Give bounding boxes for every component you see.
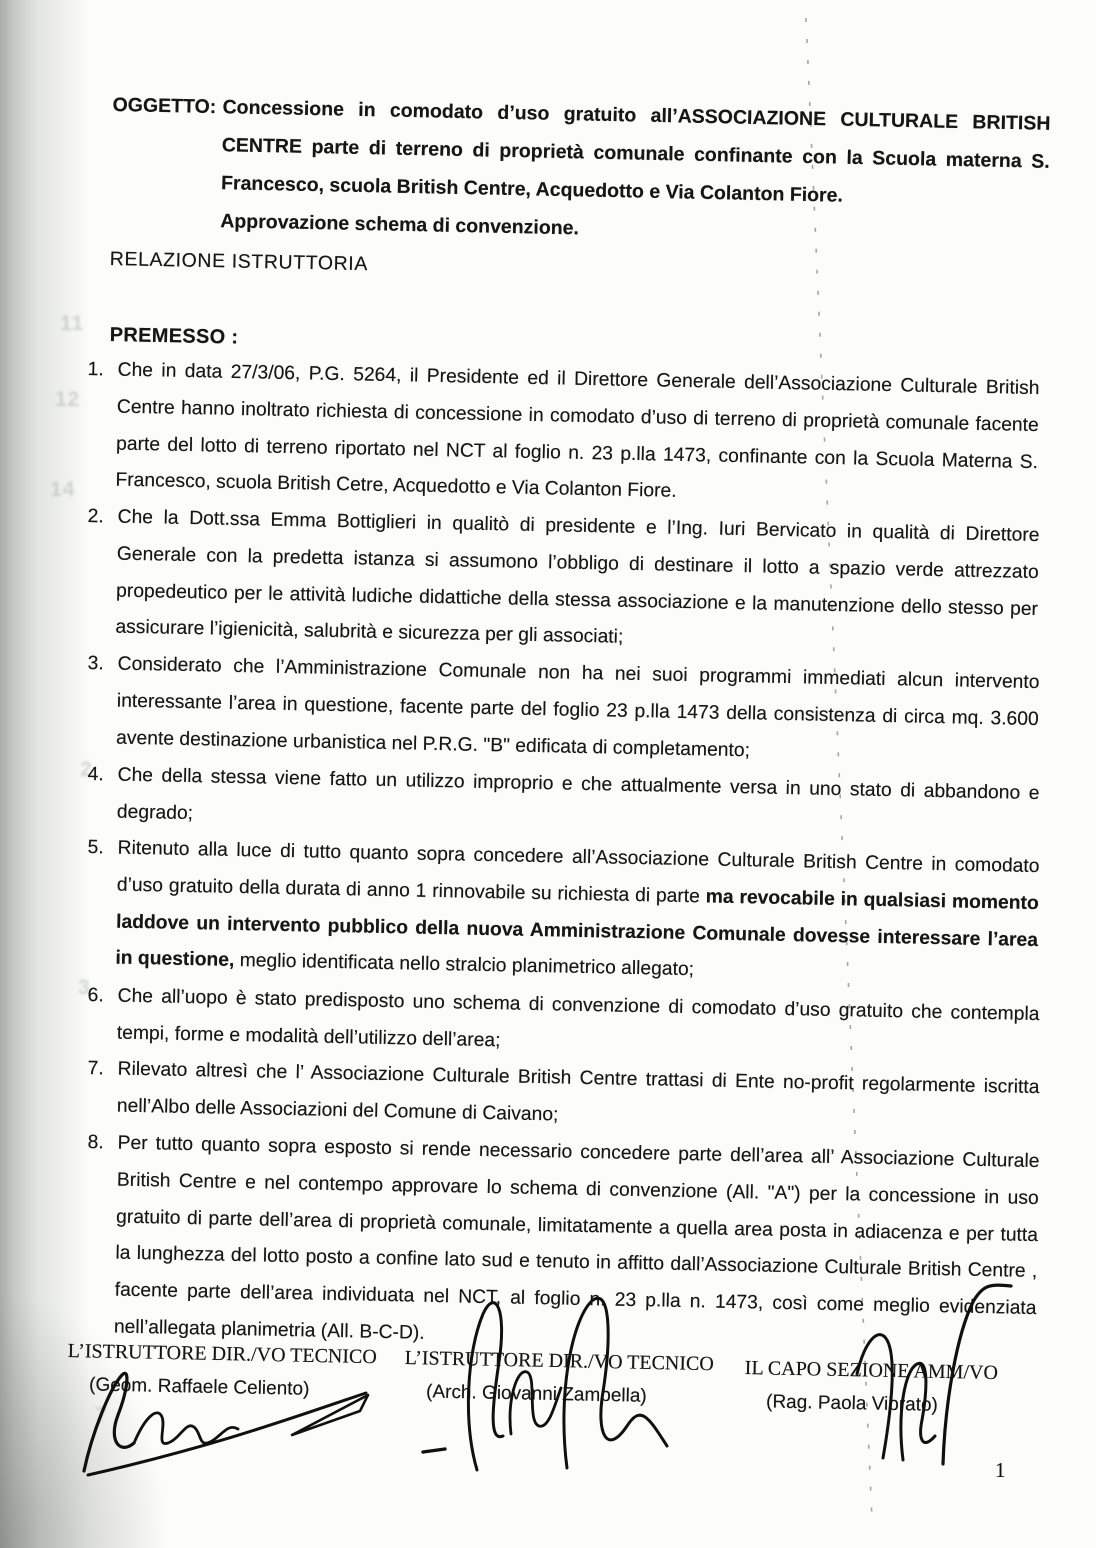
item-number: 8. [87, 1125, 104, 1162]
subject-block: OGGETTO: Concessione in comodato d’uso g… [110, 86, 1051, 257]
item-number: 7. [87, 1051, 104, 1088]
signatory-name: (Arch. Giovanni Zampella) [426, 1381, 713, 1409]
premesso-heading: PREMESSO : [110, 324, 239, 350]
bleed-through-mark: 11 [60, 312, 84, 336]
subject-text: Concessione in comodato d’uso gratuito a… [221, 88, 1051, 219]
bleed-through-mark: 7 [95, 1404, 108, 1428]
item-number: 6. [87, 978, 104, 1015]
item-number: 2. [87, 499, 104, 536]
signatory-title: IL CAPO SEZIONE AMM/VO [745, 1357, 999, 1385]
report-title: RELAZIONE ISTRUTTORIA [110, 248, 369, 276]
premesso-item: 5.Ritenuto alla luce di tutto quanto sop… [85, 830, 1040, 996]
bleed-through-mark: 14 [50, 478, 75, 502]
item-number: 4. [87, 757, 104, 794]
signature-block-vibrato: IL CAPO SEZIONE AMM/VO (Rag. Paola Vibra… [744, 1357, 998, 1418]
item-number: 3. [87, 646, 104, 683]
page-number: 1 [995, 1458, 1006, 1483]
premesso-item: 2.Che la Dott.ssa Emma Bottiglieri in qu… [85, 499, 1040, 665]
subject-label: OGGETTO: [112, 86, 216, 126]
signatory-name: (Rag. Paola Vibrato) [766, 1391, 998, 1418]
signatory-title: L’ISTRUTTORE DIR./VO TECNICO [405, 1347, 714, 1376]
signatory-title: L’ISTRUTTORE DIR./VO TECNICO [68, 1340, 377, 1369]
document-page: 111214237 OGGETTO: Concessione in comoda… [0, 0, 1096, 1548]
premesso-item: 8.Per tutto quanto sopra esposto si rend… [84, 1125, 1040, 1365]
signature-block-celiento: L’ISTRUTTORE DIR./VO TECNICO (Geom. Raff… [67, 1340, 377, 1402]
item-number: 5. [87, 830, 104, 867]
premesso-list: 1.Che in data 27/3/06, P.G. 5264, il Pre… [88, 352, 1040, 1346]
premesso-item: 1.Che in data 27/3/06, P.G. 5264, il Pre… [85, 352, 1040, 518]
item-number: 1. [87, 352, 104, 389]
bleed-through-mark: 12 [55, 388, 80, 412]
premesso-item: 3.Considerato che l’Amministrazione Comu… [86, 646, 1040, 775]
signature-block-zampella: L’ISTRUTTORE DIR./VO TECNICO (Arch. Giov… [404, 1347, 714, 1409]
